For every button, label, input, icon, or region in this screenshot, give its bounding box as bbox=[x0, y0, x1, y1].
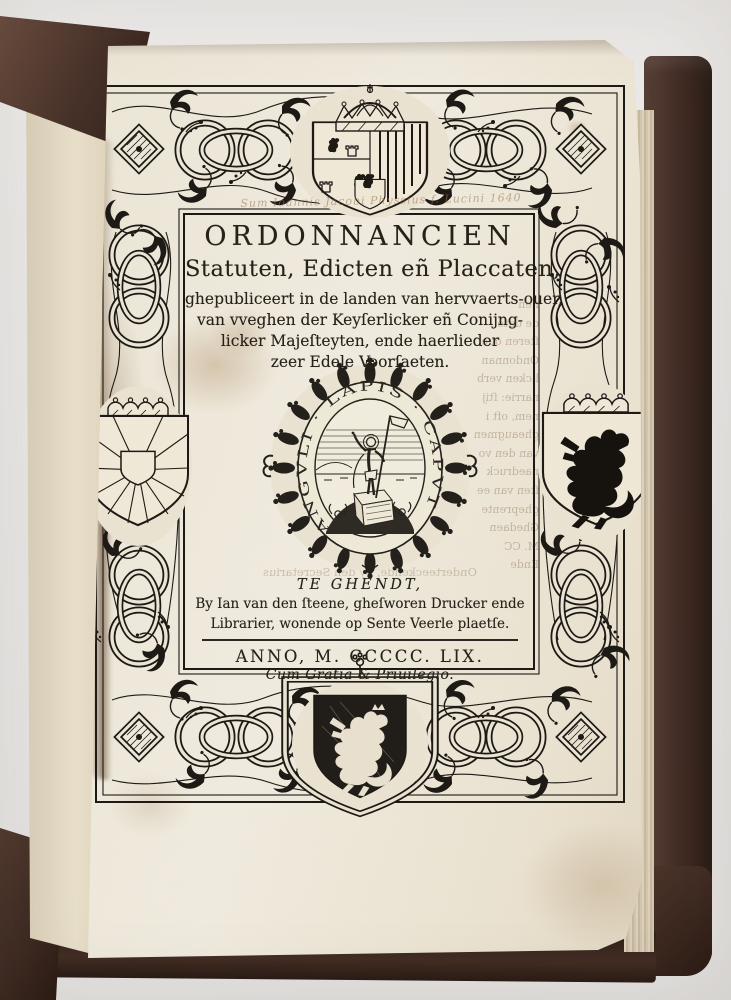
title-line-4: van vveghen der Keyſerlicker eñ Conijng- bbox=[185, 310, 535, 331]
imprint-publisher-1: By Ian van den ſteene, gheſworen Drucker… bbox=[185, 595, 535, 613]
imprint-block: TE GHENDT, By Ian van den ſteene, gheſwo… bbox=[185, 577, 535, 683]
imprint-privilege: Cum Gratia & Priuilegio. bbox=[185, 667, 535, 683]
imprint-rule bbox=[202, 639, 518, 641]
imprint-anno: ANNO, M. CCCCC. LIX. bbox=[185, 647, 535, 666]
title-block: ORDONNANCIEN Statuten, Edicten eñ Placca… bbox=[185, 221, 535, 373]
title-line-6: zeer Edele Voorſaeten. bbox=[185, 352, 535, 373]
book-cover-right-edge bbox=[644, 56, 712, 968]
title-line-2: Statuten, Edicten eñ Placcaten, bbox=[185, 256, 535, 282]
photograph-background: nen de date ſteren oue Ondonnan licken v… bbox=[0, 0, 731, 1000]
imprint-place: TE GHENDT, bbox=[185, 577, 535, 593]
title-page: nen de date ſteren oue Ondonnan licken v… bbox=[0, 0, 731, 1000]
title-main: ORDONNANCIEN bbox=[185, 221, 535, 252]
woodcut-border-art: ANGVLI · LAPIS · CAPVT bbox=[0, 0, 731, 1000]
title-line-3: ghepubliceert in de landen van hervvaert… bbox=[185, 289, 535, 310]
left-border-shield bbox=[84, 386, 192, 546]
right-border-shield-flanders-lion bbox=[538, 382, 650, 542]
printers-device: ANGVLI · LAPIS · CAPVT bbox=[264, 357, 477, 578]
title-line-5: licker Majeſteyten, ende haerlieder bbox=[185, 331, 535, 352]
imprint-publisher-2: Librarier, wonende op Sente Veerle plaet… bbox=[185, 615, 535, 633]
